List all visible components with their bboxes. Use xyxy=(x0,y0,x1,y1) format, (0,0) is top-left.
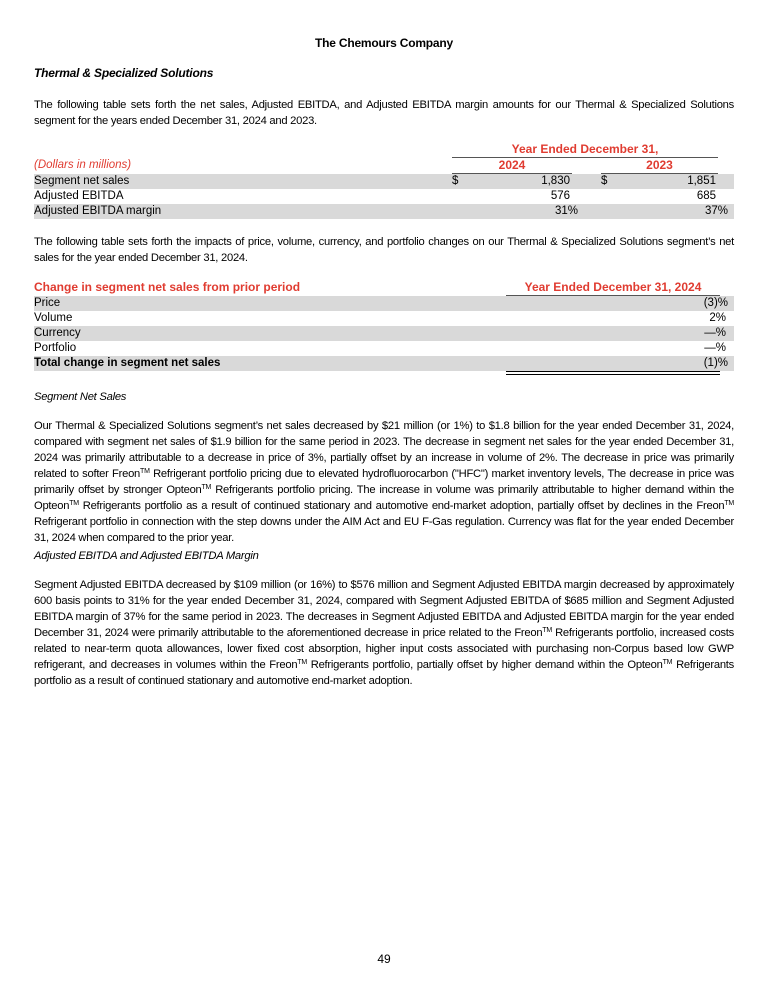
table-row: Adjusted EBITDA margin 31% 37% xyxy=(34,204,734,219)
value-2023: 685 xyxy=(624,189,716,204)
page-number: 49 xyxy=(0,952,768,966)
column-header-2024: 2024 xyxy=(452,158,572,174)
row-label: Price xyxy=(34,296,60,311)
net-sales-heading: Segment Net Sales xyxy=(34,389,734,405)
table-row: Portfolio —% xyxy=(34,341,734,356)
value-2024: 31% xyxy=(474,204,578,219)
label-header: Change in segment net sales from prior p… xyxy=(34,280,300,294)
intro2-paragraph: The following table sets forth the impac… xyxy=(34,234,734,266)
ebitda-heading: Adjusted EBITDA and Adjusted EBITDA Marg… xyxy=(34,548,734,564)
row-value: 2% xyxy=(634,311,726,326)
currency-symbol: $ xyxy=(452,174,458,189)
value-2024: 1,830 xyxy=(474,174,570,189)
row-label: Adjusted EBITDA margin xyxy=(34,204,161,219)
value-2023: 1,851 xyxy=(624,174,716,189)
period-header: Year Ended December 31, 2024 xyxy=(506,280,720,296)
row-label: Adjusted EBITDA xyxy=(34,189,123,204)
row-value: —% xyxy=(634,341,726,356)
currency-symbol: $ xyxy=(601,174,607,189)
period-header: Year Ended December 31, xyxy=(452,142,718,158)
ebitda-paragraph: Segment Adjusted EBITDA decreased by $10… xyxy=(34,577,734,689)
value-2023: 37% xyxy=(624,204,728,219)
table-row: Currency —% xyxy=(34,326,734,341)
row-label: Portfolio xyxy=(34,341,76,356)
table-row: Adjusted EBITDA 576 685 xyxy=(34,189,734,204)
double-underline xyxy=(506,371,720,375)
table-row: Price (3)% xyxy=(34,296,734,311)
table-row: Volume 2% xyxy=(34,311,734,326)
total-value: (1)% xyxy=(634,356,728,371)
value-2024: 576 xyxy=(474,189,570,204)
section-title: Thermal & Specialized Solutions xyxy=(34,66,213,80)
units-label: (Dollars in millions) xyxy=(34,159,131,171)
row-label: Currency xyxy=(34,326,81,341)
row-value: (3)% xyxy=(634,296,728,311)
total-row: Total change in segment net sales (1)% xyxy=(34,356,734,371)
table-row: Segment net sales $ 1,830 $ 1,851 xyxy=(34,174,734,189)
net-sales-paragraph: Our Thermal & Specialized Solutions segm… xyxy=(34,418,734,546)
row-label: Segment net sales xyxy=(34,174,129,189)
row-label: Volume xyxy=(34,311,72,326)
total-label: Total change in segment net sales xyxy=(34,356,220,371)
company-title: The Chemours Company xyxy=(34,36,734,50)
column-header-2023: 2023 xyxy=(601,158,718,174)
row-value: —% xyxy=(634,326,726,341)
intro-paragraph: The following table sets forth the net s… xyxy=(34,97,734,129)
